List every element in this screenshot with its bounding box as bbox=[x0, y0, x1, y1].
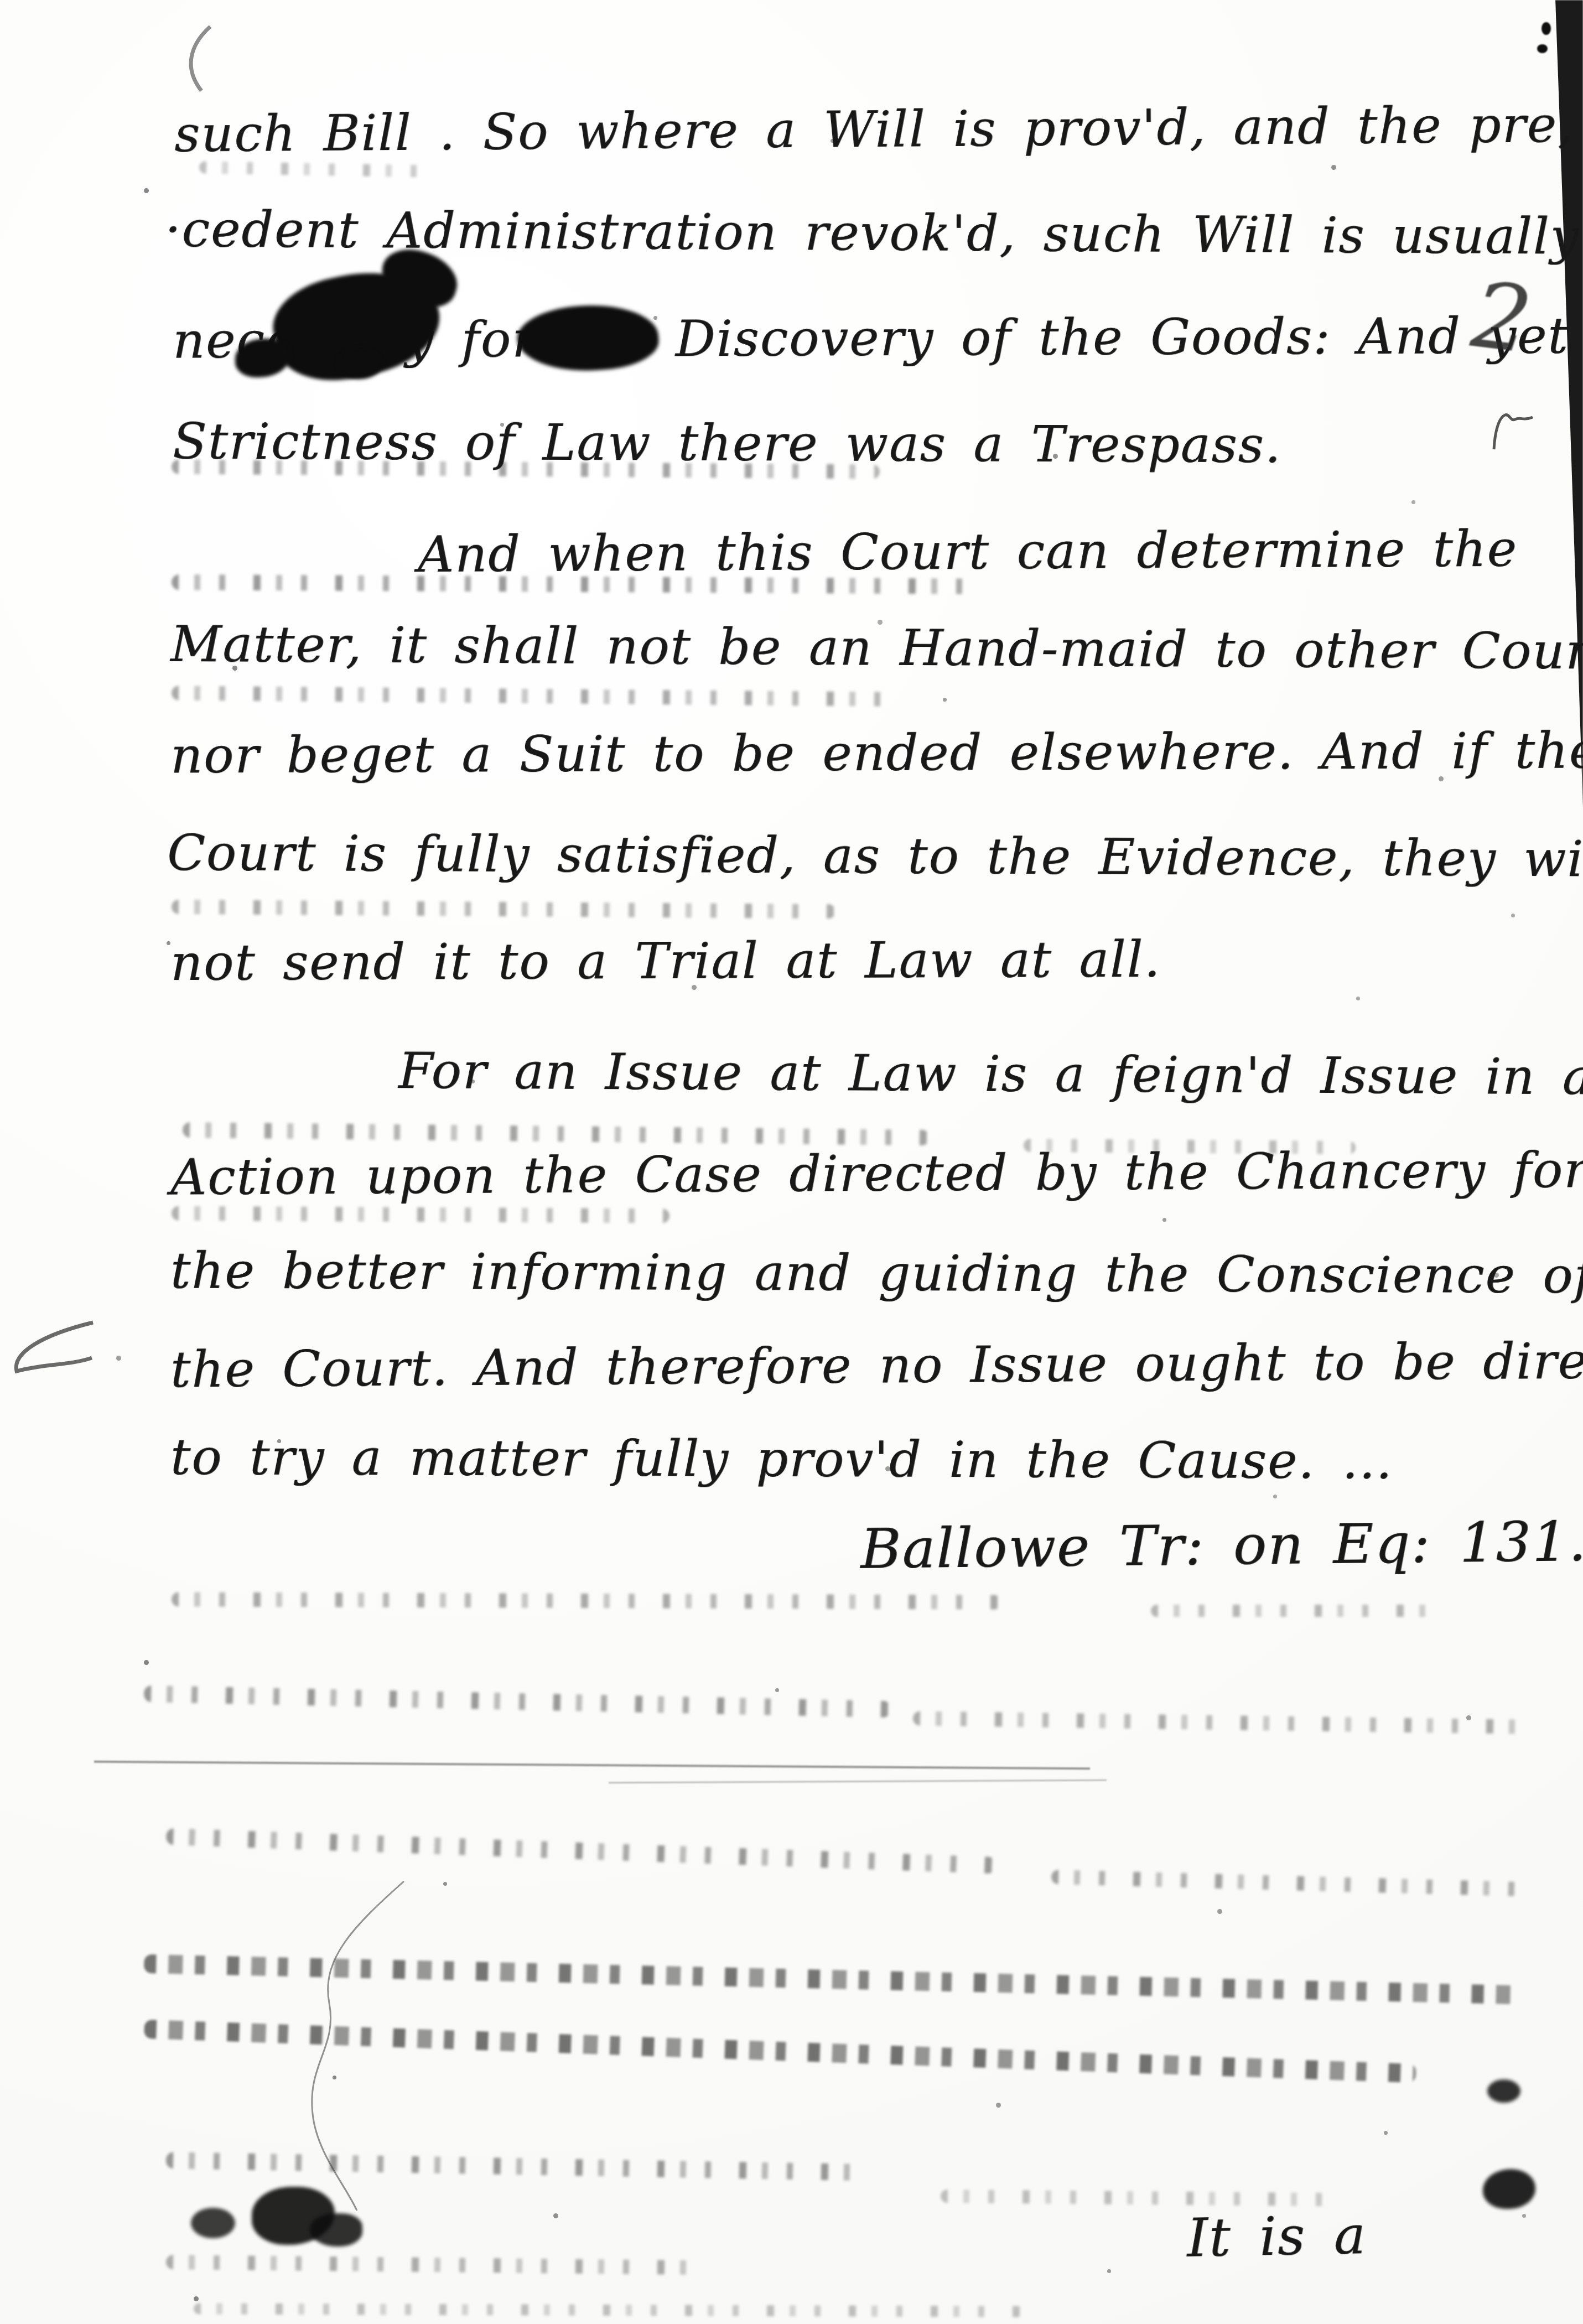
manuscript-line: Action upon the Case directed by the Cha… bbox=[170, 1143, 1583, 1205]
ink-blot bbox=[1487, 2079, 1520, 2103]
margin-curl-mark bbox=[4, 1316, 98, 1404]
bleed-through-line bbox=[913, 1711, 1522, 1734]
ink-blot bbox=[191, 2208, 235, 2238]
manuscript-line: ·cedent Administration revok'd, such Wil… bbox=[165, 202, 1580, 264]
manuscript-page: such Bill . So where a Will is prov'd, a… bbox=[0, 0, 1583, 2324]
bleed-through-line bbox=[172, 900, 835, 919]
bleed-through-line bbox=[941, 2190, 1328, 2206]
manuscript-line: Court is fully satisfied, as to the Evid… bbox=[167, 826, 1583, 886]
pen-scratch bbox=[288, 1876, 432, 2219]
manuscript-line: Matter, it shall not be an Hand-maid to … bbox=[170, 617, 1583, 679]
manuscript-line: not send it to a Trial at Law at all. bbox=[170, 932, 1161, 990]
bleed-through-line bbox=[194, 2303, 1024, 2317]
manuscript-line: nor beget a Suit to be ended elsewhere. … bbox=[170, 723, 1583, 783]
scratch-line bbox=[609, 1780, 1107, 1784]
citation: Ballowe Tr: on Eq: 131. bbox=[860, 1511, 1583, 1580]
ink-blot bbox=[1483, 2169, 1535, 2209]
bleed-through-line bbox=[166, 2152, 858, 2181]
bleed-through-line bbox=[172, 1592, 1001, 1609]
bleed-through-line bbox=[144, 1685, 891, 1718]
manuscript-line: And when this Court can determine the bbox=[418, 522, 1518, 582]
bleed-through-line bbox=[166, 1828, 996, 1874]
bleed-through-line bbox=[1051, 1870, 1522, 1896]
ink-specks bbox=[0, 0, 3, 3]
bleed-through-line bbox=[199, 161, 432, 177]
ink-blot bbox=[235, 339, 290, 377]
ink-dot bbox=[1537, 44, 1548, 53]
margin-pen-mark bbox=[1487, 405, 1540, 458]
bleed-through-line bbox=[1151, 1605, 1439, 1617]
paren-pen-mark bbox=[176, 23, 220, 95]
ink-dot bbox=[1542, 22, 1551, 35]
manuscript-line: such Bill . So where a Will is prov'd, a… bbox=[174, 97, 1575, 162]
bleed-through-line bbox=[1024, 1139, 1356, 1154]
margin-page-number: 2 bbox=[1467, 269, 1536, 367]
manuscript-line: For an Issue at Law is a feign'd Issue i… bbox=[398, 1044, 1583, 1105]
manuscript-line: the better informing and guiding the Con… bbox=[170, 1244, 1583, 1304]
scratch-line bbox=[94, 1761, 1090, 1770]
manuscript-line: to try a matter fully prov'd in the Caus… bbox=[170, 1430, 1393, 1489]
bleed-through-line bbox=[172, 1206, 669, 1223]
bleed-through-line bbox=[172, 686, 891, 706]
catchword: It is a bbox=[1186, 2206, 1367, 2268]
bleed-through-line bbox=[183, 1122, 930, 1145]
ink-blot bbox=[338, 349, 382, 379]
bleed-through-line bbox=[166, 2255, 692, 2275]
manuscript-line: the Court. And therefore no Issue ought … bbox=[170, 1334, 1583, 1398]
